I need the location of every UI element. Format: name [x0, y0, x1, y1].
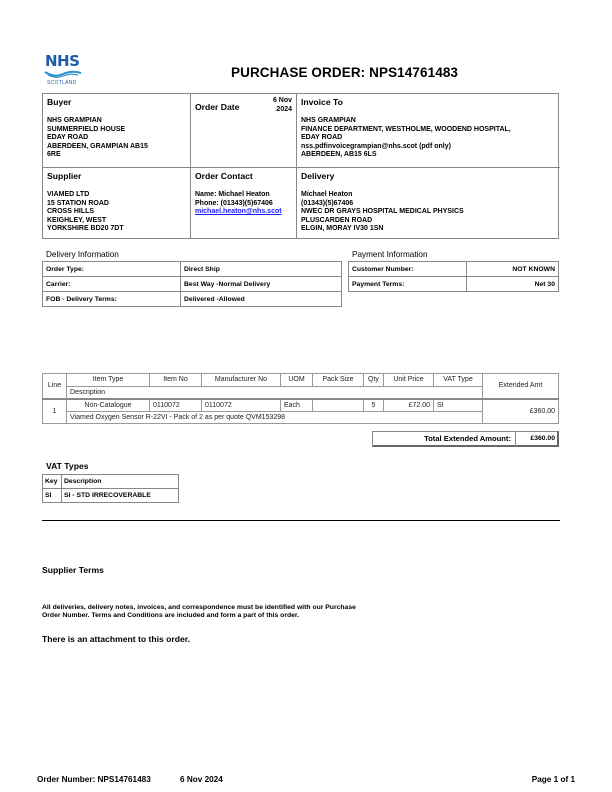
total-value: £360.00: [530, 432, 555, 446]
supplier-line: KEIGHLEY, WEST: [47, 217, 186, 226]
col-pack-size: Pack Size: [313, 374, 364, 387]
invoice-to-line: ABERDEEN, AB15 6LS: [301, 151, 556, 160]
cell-item-type: Non-Catalogue: [67, 399, 150, 412]
line-items-table: Line Item Type Item No Manufacturer No U…: [42, 373, 559, 424]
delivery-line: NWEC DR GRAYS HOSPITAL MEDICAL PHYSICS: [301, 208, 556, 217]
order-date-value: 6 Nov 2024: [273, 97, 292, 114]
table-row: Payment Terms: Net 30: [349, 277, 559, 292]
order-contact-heading: Order Contact: [195, 171, 292, 181]
vat-types-table: Key Description SI SI - STD IRRECOVERABL…: [42, 474, 179, 503]
col-unit-price: Unit Price: [384, 374, 434, 387]
carrier-label: Carrier:: [43, 277, 181, 292]
cell-uom: Each: [281, 399, 313, 412]
cell-line: 1: [43, 399, 67, 424]
cell-unit-price: £72.00: [384, 399, 434, 412]
table-row: Viamed Oxygen Sensor R-22VI - Pack of 2 …: [43, 411, 559, 424]
divider: [42, 520, 560, 521]
delivery-information-table: Order Type: Direct Ship Carrier: Best Wa…: [42, 261, 342, 307]
payment-information-title: Payment Information: [352, 250, 428, 259]
col-vat-type: VAT Type: [434, 374, 483, 387]
footer-date: 6 Nov 2024: [180, 775, 223, 784]
table-header-row: Description: [43, 386, 559, 399]
cell-description: Viamed Oxygen Sensor R-22VI - Pack of 2 …: [67, 411, 483, 424]
cell-manufacturer-no: 0110072: [202, 399, 281, 412]
table-row: 1 Non-Catalogue 0110072 0110072 Each 5 £…: [43, 399, 559, 412]
payment-terms-label: Payment Terms:: [349, 277, 467, 292]
supplier-line: 15 STATION ROAD: [47, 200, 186, 209]
footer-order-number: Order Number: NPS14761483: [37, 775, 151, 784]
carrier-value: Best Way -Normal Delivery: [181, 277, 342, 292]
vat-col-key: Key: [43, 475, 62, 489]
supplier-terms-text: All deliveries, delivery notes, invoices…: [42, 604, 356, 621]
total-label: Total Extended Amount:: [373, 432, 516, 446]
order-date-heading: Order Date: [195, 102, 239, 112]
buyer-line: ABERDEEN, GRAMPIAN AB15: [47, 143, 186, 152]
total-extended-amount: Total Extended Amount: £360.00: [372, 431, 559, 447]
supplier-cell: Supplier VIAMED LTD 15 STATION ROAD CROS…: [43, 168, 191, 239]
payment-information-table: Customer Number: NOT KNOWN Payment Terms…: [348, 261, 559, 292]
supplier-terms-line: All deliveries, delivery notes, invoices…: [42, 604, 356, 612]
delivery-cell: Delivery Michael Heaton (01343)(5)67406 …: [297, 168, 560, 239]
supplier-terms-title: Supplier Terms: [42, 565, 104, 575]
nhs-scotland-logo: NHS SCOTLAND: [44, 52, 82, 90]
buyer-line: SUMMERFIELD HOUSE: [47, 126, 186, 135]
customer-number-label: Customer Number:: [349, 262, 467, 277]
table-row: FOB - Delivery Terms: Delivered -Allowed: [43, 292, 342, 307]
delivery-line: (01343)(5)67406: [301, 200, 556, 209]
address-grid: Buyer NHS GRAMPIAN SUMMERFIELD HOUSE EDA…: [42, 93, 559, 239]
cell-item-no: 0110072: [150, 399, 202, 412]
supplier-line: CROSS HILLS: [47, 208, 186, 217]
table-row: SI SI - STD IRRECOVERABLE: [43, 489, 179, 503]
delivery-line: Michael Heaton: [301, 191, 556, 200]
table-header-row: Line Item Type Item No Manufacturer No U…: [43, 374, 559, 387]
table-header-row: Key Description: [43, 475, 179, 489]
invoice-to-heading: Invoice To: [301, 97, 556, 107]
table-row: Order Type: Direct Ship: [43, 262, 342, 277]
footer-page-number: Page 1 of 1: [532, 775, 575, 784]
attachment-note: There is an attachment to this order.: [42, 634, 190, 644]
vat-description: SI - STD IRRECOVERABLE: [62, 489, 179, 503]
table-row: Carrier: Best Way -Normal Delivery: [43, 277, 342, 292]
cell-qty: 5: [364, 399, 384, 412]
order-contact-cell: Order Contact Name: Michael Heaton Phone…: [191, 168, 297, 239]
col-description: Description: [67, 386, 483, 399]
invoice-to-line: nss.pdfinvoicegrampian@nhs.scot (pdf onl…: [301, 143, 556, 152]
vat-types-title: VAT Types: [46, 461, 89, 471]
cell-pack-size: [313, 399, 364, 412]
col-manufacturer-no: Manufacturer No: [202, 374, 281, 387]
invoice-to-cell: Invoice To NHS GRAMPIAN FINANCE DEPARTME…: [297, 94, 560, 168]
logo-subtext: SCOTLAND: [47, 80, 77, 86]
delivery-heading: Delivery: [301, 171, 556, 181]
delivery-line: ELGIN, MORAY IV30 1SN: [301, 225, 556, 234]
fob-terms-value: Delivered -Allowed: [181, 292, 342, 307]
buyer-line: 6RE: [47, 151, 186, 160]
col-uom: UOM: [281, 374, 313, 387]
supplier-line: VIAMED LTD: [47, 191, 186, 200]
cell-extended-amt: £360.00: [483, 399, 559, 424]
col-qty: Qty: [364, 374, 384, 387]
payment-terms-value: Net 30: [467, 277, 559, 292]
buyer-line: NHS GRAMPIAN: [47, 117, 186, 126]
page-title: PURCHASE ORDER: NPS14761483: [231, 65, 458, 80]
order-type-label: Order Type:: [43, 262, 181, 277]
vat-col-description: Description: [62, 475, 179, 489]
col-item-type: Item Type: [67, 374, 150, 387]
invoice-to-line: EDAY ROAD: [301, 134, 556, 143]
order-contact-email-link[interactable]: michael.heaton@nhs.scot: [195, 208, 292, 217]
supplier-terms-line: Order Number. Terms and Conditions are i…: [42, 612, 356, 620]
logo-text: NHS: [45, 52, 79, 70]
buyer-line: EDAY ROAD: [47, 134, 186, 143]
order-date-day-month: 6 Nov: [273, 97, 292, 106]
invoice-to-line: NHS GRAMPIAN: [301, 117, 556, 126]
delivery-information-title: Delivery Information: [46, 250, 119, 259]
customer-number-value: NOT KNOWN: [467, 262, 559, 277]
buyer-heading: Buyer: [47, 97, 186, 107]
supplier-heading: Supplier: [47, 171, 186, 181]
col-line: Line: [43, 374, 67, 399]
invoice-to-line: FINANCE DEPARTMENT, WESTHOLME, WOODEND H…: [301, 126, 556, 135]
buyer-cell: Buyer NHS GRAMPIAN SUMMERFIELD HOUSE EDA…: [43, 94, 191, 168]
order-date-cell: Order Date 6 Nov 2024: [191, 94, 297, 168]
order-type-value: Direct Ship: [181, 262, 342, 277]
order-date-year: 2024: [273, 106, 292, 115]
order-contact-phone: Phone: (01343)(5)67406: [195, 200, 292, 209]
supplier-line: YORKSHIRE BD20 7DT: [47, 225, 186, 234]
col-item-no: Item No: [150, 374, 202, 387]
cell-vat-type: SI: [434, 399, 483, 412]
vat-key: SI: [43, 489, 62, 503]
order-contact-name: Name: Michael Heaton: [195, 191, 292, 200]
table-row: Customer Number: NOT KNOWN: [349, 262, 559, 277]
col-extended-amt: Extended Amt: [483, 374, 559, 399]
delivery-line: PLUSCARDEN ROAD: [301, 217, 556, 226]
fob-terms-label: FOB - Delivery Terms:: [43, 292, 181, 307]
wave-icon: [44, 69, 82, 79]
